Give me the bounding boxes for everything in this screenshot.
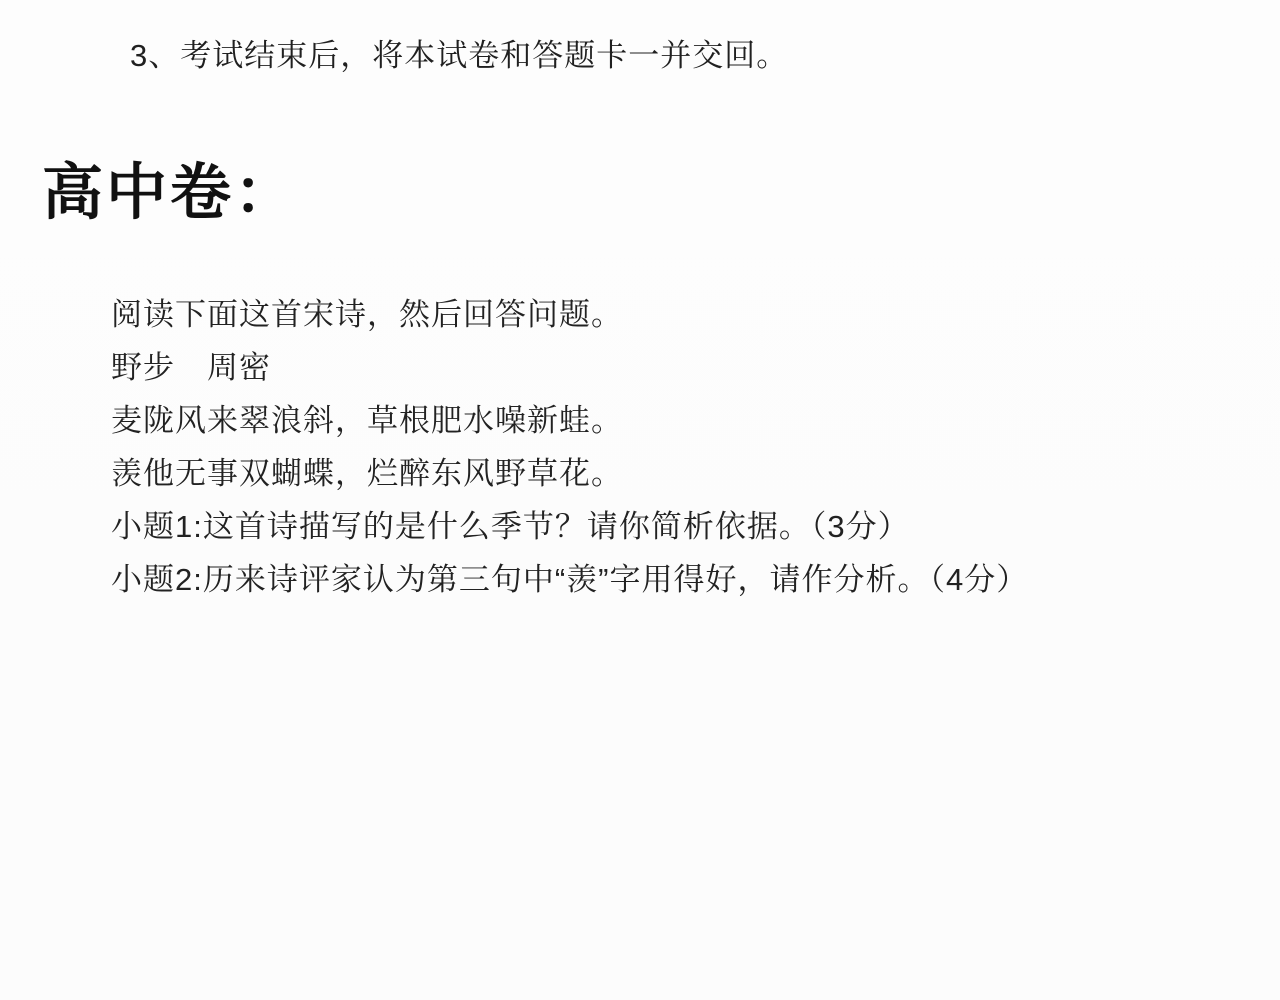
- poem-question-block: 阅读下面这首宋诗，然后回答问题。 野步 周密 麦陇风来翠浪斜，草根肥水噪新蛙。 …: [111, 288, 1231, 606]
- poem-title-author-line: 野步 周密: [111, 341, 1231, 394]
- sub-question-1-line: 小题1:这首诗描写的是什么季节？请你简析依据。（3分）: [111, 500, 1231, 553]
- exam-instruction-line-3: 3、考试结束后，将本试卷和答题卡一并交回。: [130, 30, 788, 75]
- exam-paper-page: 3、考试结束后，将本试卷和答题卡一并交回。 高中卷： 阅读下面这首宋诗，然后回答…: [0, 0, 1280, 1000]
- poem-verse-line-1: 麦陇风来翠浪斜，草根肥水噪新蛙。: [111, 394, 1231, 447]
- sub-question-2-line: 小题2:历来诗评家认为第三句中“羡”字用得好，请作分析。（4分）: [111, 553, 1231, 606]
- section-title-gaozhongjuan: 高中卷：: [42, 144, 298, 231]
- poem-verse-line-2: 羡他无事双蝴蝶，烂醉东风野草花。: [111, 447, 1231, 500]
- reading-prompt-line: 阅读下面这首宋诗，然后回答问题。: [111, 288, 1231, 341]
